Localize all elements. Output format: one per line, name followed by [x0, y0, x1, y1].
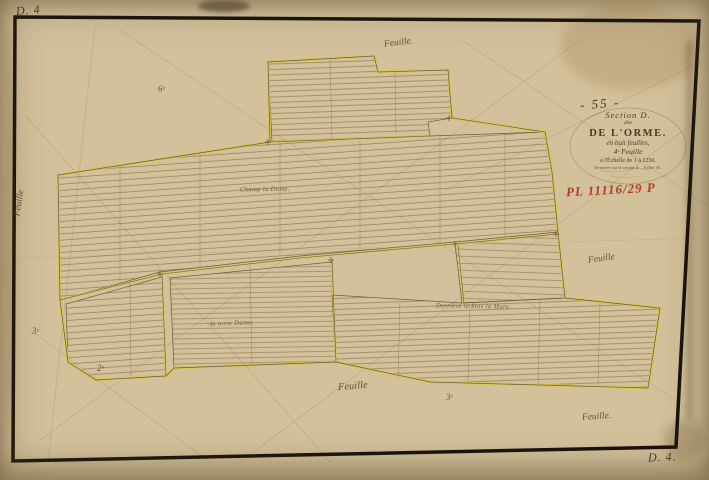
parcel-blocks [58, 56, 660, 388]
sheet-ref-bottom-left: 2ᵉ [97, 363, 104, 373]
sheet-ref-top-left: 6ᵉ [158, 84, 165, 94]
cartouche-dite: dite [571, 121, 685, 127]
cartouche-survey: Terminée sur le terrain le .. Juillet 18… [571, 166, 685, 171]
place-name-southeast: Derrière le bois la Mare. [436, 302, 511, 310]
title-cartouche: Section D. dite DE L'ORME. en huit feuil… [571, 111, 685, 171]
cartouche-scale: à l'Échelle de 1 à 1250. [571, 158, 685, 164]
sheet-ref-left: 3ᵉ [32, 326, 39, 336]
cartouche-feuille-no: 4ᵉ Feuille [571, 148, 685, 156]
place-name-southwest: la terre Dame. [210, 319, 254, 328]
cadastral-map-sheet: D. 4 D. 4. - 55 - PL 11116/29 P Section … [0, 0, 709, 480]
place-name-north: Champ la Dame. [240, 186, 290, 194]
cartouche-name: DE L'ORME. [571, 128, 685, 139]
map-drawing [0, 0, 709, 480]
sheet-ref-bottom-right: 3ᵉ [446, 392, 453, 402]
corner-mark-top-left: D. 4 [16, 2, 42, 19]
cartouche-feuilles: en huit feuilles, [571, 140, 685, 147]
cartouche-section: Section D. [571, 111, 685, 120]
edge-label-feuille-bottom-right: Feuille. [582, 411, 612, 423]
corner-mark-bottom-right: D. 4. [648, 450, 677, 466]
